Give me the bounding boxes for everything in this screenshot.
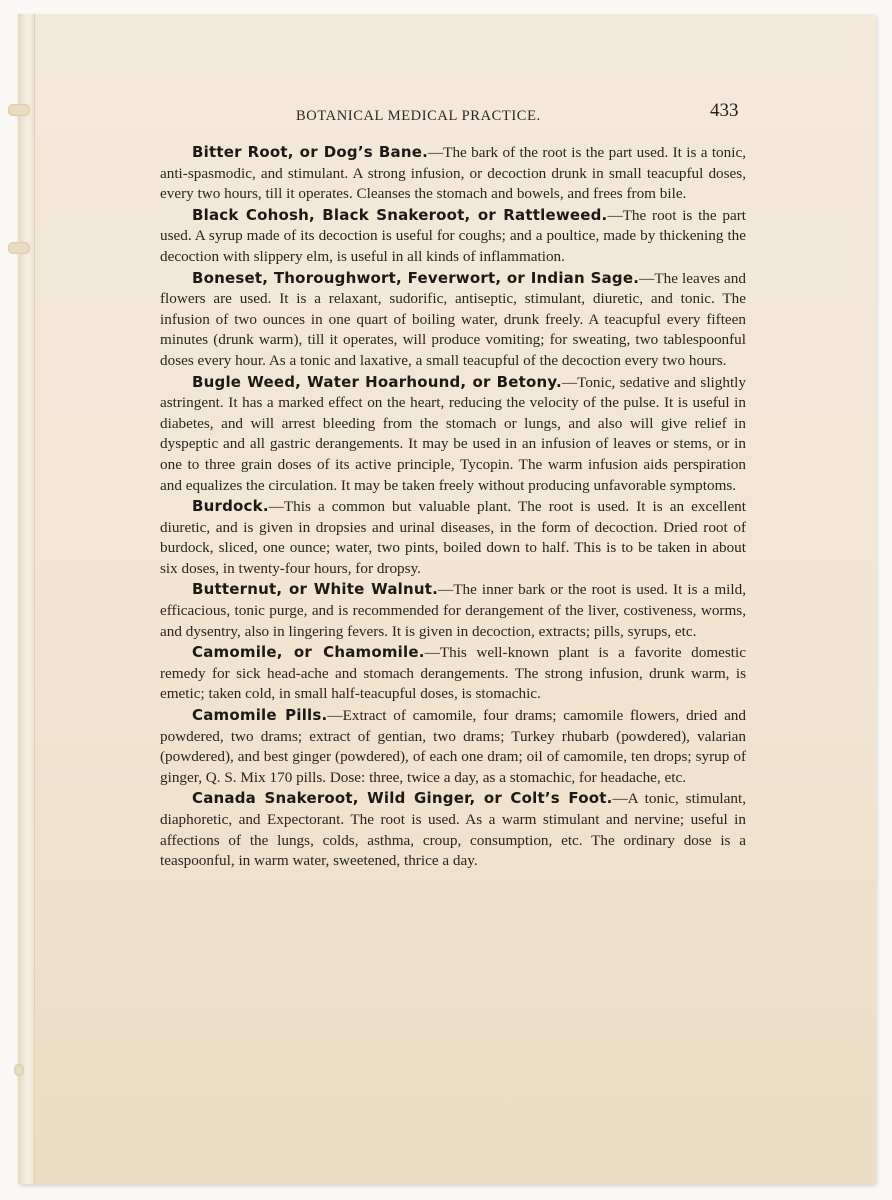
entry-camomile: Camomile, or Chamomile.—This well-known … — [160, 642, 746, 705]
page-spine-edge — [18, 14, 35, 1184]
binding-thread-icon — [8, 242, 30, 254]
entry-title: Black Cohosh, Black Snakeroot, or Rattle… — [192, 206, 607, 224]
page-body: Bitter Root, or Dog’s Bane.—The bark of … — [160, 142, 746, 872]
binding-thread-icon — [14, 1064, 24, 1076]
entry-canada-snakeroot: Canada Snakeroot, Wild Ginger, or Colt’s… — [160, 788, 746, 871]
entry-title: Camomile, or Chamomile. — [192, 643, 425, 661]
binding-thread-icon — [8, 104, 30, 116]
entry-title: Burdock. — [192, 497, 269, 515]
entry-bugle-weed: Bugle Weed, Water Hoarhound, or Betony.—… — [160, 372, 746, 497]
entry-title: Canada Snakeroot, Wild Ginger, or Colt’s… — [192, 789, 612, 807]
entry-bitter-root: Bitter Root, or Dog’s Bane.—The bark of … — [160, 142, 746, 205]
entry-title: Bugle Weed, Water Hoarhound, or Betony. — [192, 373, 562, 391]
entry-burdock: Burdock.—This a common but valuable plan… — [160, 496, 746, 579]
entry-title: Bitter Root, or Dog’s Bane. — [192, 143, 428, 161]
page-number: 433 — [710, 100, 739, 122]
entry-text: —Tonic, sedative and slightly astringent… — [160, 374, 746, 494]
running-header: BOTANICAL MEDICAL PRACTICE. — [296, 108, 541, 125]
entry-boneset: Boneset, Thoroughwort, Feverwort, or Ind… — [160, 268, 746, 372]
entry-title: Butternut, or White Walnut. — [192, 580, 438, 598]
entry-butternut: Butternut, or White Walnut.—The inner ba… — [160, 579, 746, 642]
entry-title: Boneset, Thoroughwort, Feverwort, or Ind… — [192, 269, 639, 287]
entry-title: Camomile Pills. — [192, 706, 327, 724]
entry-black-cohosh: Black Cohosh, Black Snakeroot, or Rattle… — [160, 205, 746, 268]
entry-camomile-pills: Camomile Pills.—Extract of camomile, fou… — [160, 705, 746, 788]
